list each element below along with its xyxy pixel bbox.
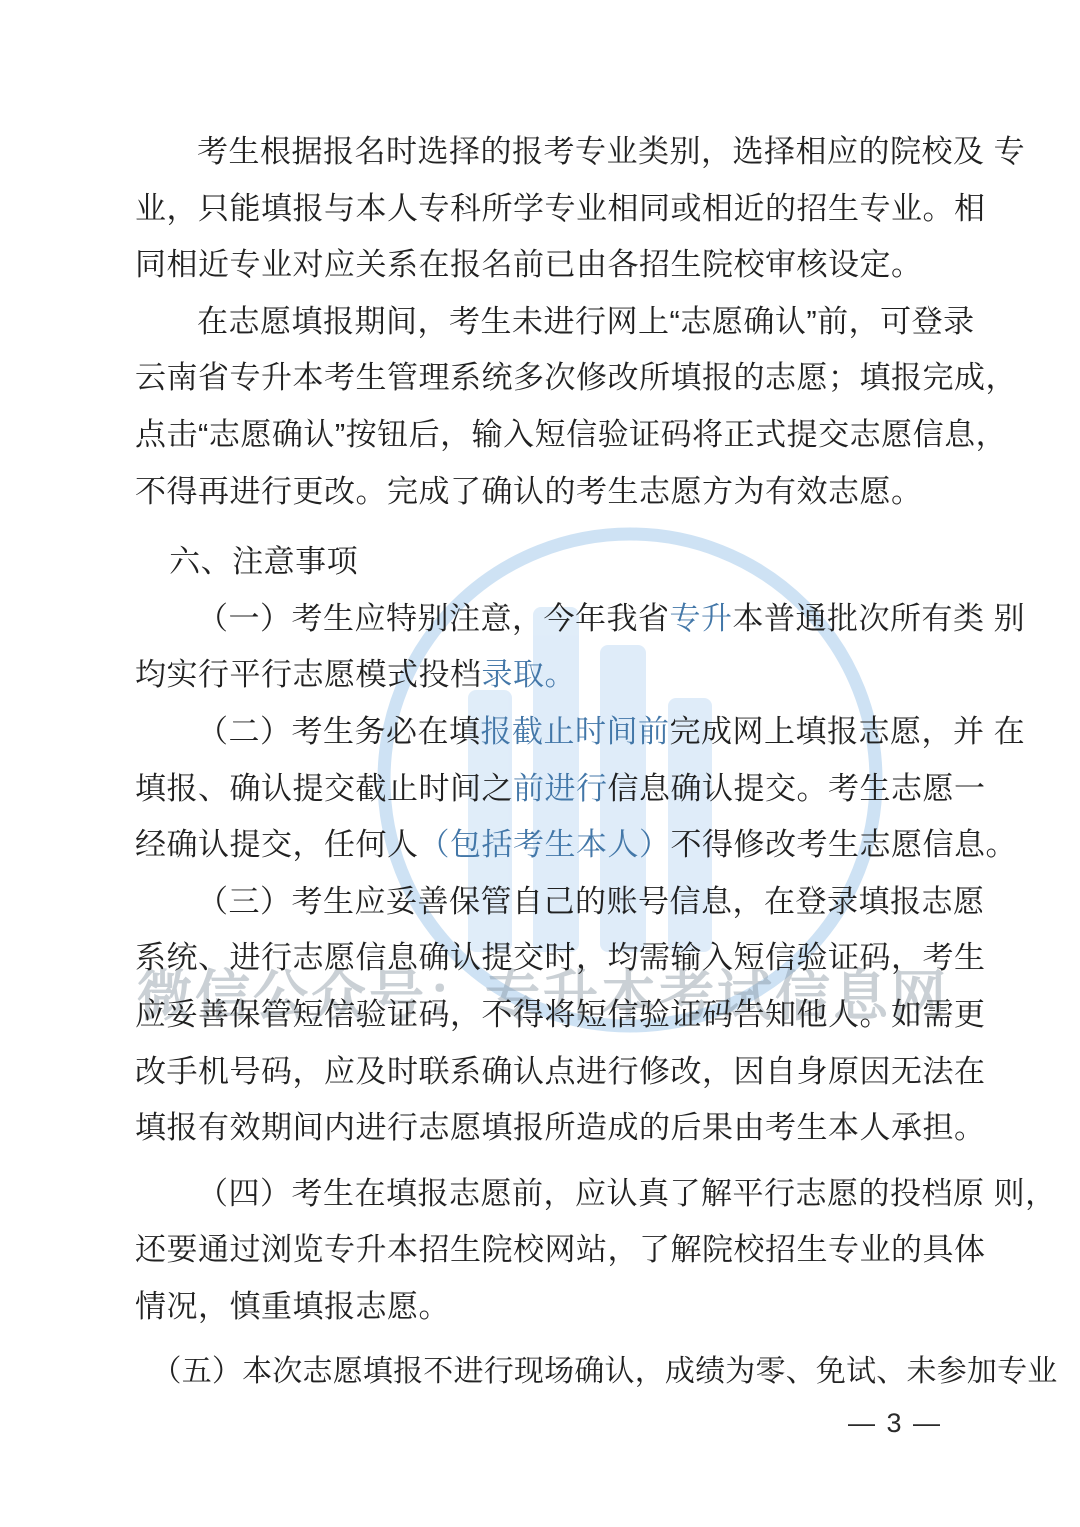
text-run: 情况，慎重填报志愿。 xyxy=(135,1289,450,1324)
section-heading: 六、注意事项 xyxy=(135,534,950,591)
text-run: 填报、确认提交截止时间之 xyxy=(135,771,513,806)
text-run: （五）本次志愿填报不进行现场确认，成绩为零、免试、未参加专业 xyxy=(152,1355,1058,1388)
text-line: 系统、进行志愿信息确认提交时，均需输入短信验证码，考生 xyxy=(135,930,950,987)
item-1: （一）考生应特别注意，今年我省专升本普通批次所有类 别均实行平行志愿模式投档录取… xyxy=(135,591,950,704)
text-line: （二）考生务必在填报截止时间前完成网上填报志愿，并 在 xyxy=(135,704,950,761)
item-4: （四）考生在填报志愿前，应认真了解平行志愿的投档原 则，还要通过浏览专升本招生院… xyxy=(135,1166,950,1336)
text-run: 信息确认提交。考生志愿一 xyxy=(608,771,986,806)
text-line: 考生根据报名时选择的报考专业类别，选择相应的院校及 专 xyxy=(135,124,950,181)
text-run: （二）考生务必在填 xyxy=(197,714,481,749)
text-run: 云南省专升本考生管理系统多次修改所填报的志愿；填报完成， xyxy=(135,360,1017,395)
text-run: 经确认提交，任何人 xyxy=(135,827,419,862)
text-line: 均实行平行志愿模式投档录取。 xyxy=(135,647,950,704)
paragraph-1: 考生根据报名时选择的报考专业类别，选择相应的院校及 专业，只能填报与本人专科所学… xyxy=(135,124,950,294)
text-run: 完成网上填报志愿，并 在 xyxy=(670,714,1026,749)
text-run: （三）考生应妥善保管自己的账号信息，在登录填报志愿 xyxy=(197,884,985,919)
text-line: 云南省专升本考生管理系统多次修改所填报的志愿；填报完成， xyxy=(135,350,950,407)
text-line: 改手机号码，应及时联系确认点进行修改，因自身原因无法在 xyxy=(135,1044,950,1101)
document-body: 考生根据报名时选择的报考专业类别，选择相应的院校及 专业，只能填报与本人专科所学… xyxy=(135,124,950,1401)
highlighted-text-run: 前进行 xyxy=(513,771,608,806)
text-line: 经确认提交，任何人（包括考生本人）不得修改考生志愿信息。 xyxy=(135,817,950,874)
text-line: 六、注意事项 xyxy=(135,534,950,591)
page-number: — 3 — xyxy=(848,1408,942,1439)
text-run: 点击“志愿确认”按钮后，输入短信验证码将正式提交志愿信息， xyxy=(135,417,1007,452)
text-run: 改手机号码，应及时联系确认点进行修改，因自身原因无法在 xyxy=(135,1054,986,1089)
highlighted-text-run: 录取。 xyxy=(482,657,577,692)
text-line: 在志愿填报期间，考生未进行网上“志愿确认”前，可登录 xyxy=(135,294,950,351)
text-line: 填报有效期间内进行志愿填报所造成的后果由考生本人承担。 xyxy=(135,1100,950,1157)
text-line: 不得再进行更改。完成了确认的考生志愿方为有效志愿。 xyxy=(135,464,950,521)
text-run: 同相近专业对应关系在报名前已由各招生院校审核设定。 xyxy=(135,247,923,282)
text-run: （一）考生应特别注意，今年我省 xyxy=(197,601,670,636)
text-run: 考生根据报名时选择的报考专业类别，选择相应的院校及 专 xyxy=(197,134,1025,169)
text-run: 不得修改考生志愿信息。 xyxy=(671,827,1018,862)
text-line: 同相近专业对应关系在报名前已由各招生院校审核设定。 xyxy=(135,237,950,294)
text-line: （三）考生应妥善保管自己的账号信息，在登录填报志愿 xyxy=(135,874,950,931)
text-run: 还要通过浏览专升本招生院校网站，了解院校招生专业的具体 xyxy=(135,1232,986,1267)
text-run: 均实行平行志愿模式投档 xyxy=(135,657,482,692)
text-line: 情况，慎重填报志愿。 xyxy=(135,1279,950,1336)
item-3: （三）考生应妥善保管自己的账号信息，在登录填报志愿系统、进行志愿信息确认提交时，… xyxy=(135,874,950,1157)
text-run: 业，只能填报与本人专科所学专业相同或相近的招生专业。相 xyxy=(135,191,986,226)
paragraph-2: 在志愿填报期间，考生未进行网上“志愿确认”前，可登录云南省专升本考生管理系统多次… xyxy=(135,294,950,520)
highlighted-text-run: 专升 xyxy=(670,601,733,636)
text-line: 应妥善保管短信验证码，不得将短信验证码告知他人。如需更 xyxy=(135,987,950,1044)
text-line: （四）考生在填报志愿前，应认真了解平行志愿的投档原 则， xyxy=(135,1166,950,1223)
text-run: 在志愿填报期间，考生未进行网上“志愿确认”前，可登录 xyxy=(197,304,975,339)
item-2: （二）考生务必在填报截止时间前完成网上填报志愿，并 在填报、确认提交截止时间之前… xyxy=(135,704,950,874)
text-run: 填报有效期间内进行志愿填报所造成的后果由考生本人承担。 xyxy=(135,1110,986,1145)
text-line: 还要通过浏览专升本招生院校网站，了解院校招生专业的具体 xyxy=(135,1222,950,1279)
text-line: 填报、确认提交截止时间之前进行信息确认提交。考生志愿一 xyxy=(135,761,950,818)
text-run: 系统、进行志愿信息确认提交时，均需输入短信验证码，考生 xyxy=(135,940,986,975)
text-run: 六、注意事项 xyxy=(169,544,358,579)
item-5: （五）本次志愿填报不进行现场确认，成绩为零、免试、未参加专业 xyxy=(135,1344,950,1401)
text-run: 本普通批次所有类 别 xyxy=(733,601,1026,636)
text-line: （一）考生应特别注意，今年我省专升本普通批次所有类 别 xyxy=(135,591,950,648)
text-line: 点击“志愿确认”按钮后，输入短信验证码将正式提交志愿信息， xyxy=(135,407,950,464)
highlighted-text-run: 报截止时间前 xyxy=(481,714,670,749)
document-page: 微信公众号：专升本考试信息网 考生根据报名时选择的报考专业类别，选择相应的院校及… xyxy=(0,0,1080,1527)
text-run: 应妥善保管短信验证码，不得将短信验证码告知他人。如需更 xyxy=(135,997,986,1032)
text-run: （四）考生在填报志愿前，应认真了解平行志愿的投档原 则， xyxy=(197,1176,1057,1211)
text-run: 不得再进行更改。完成了确认的考生志愿方为有效志愿。 xyxy=(135,474,923,509)
highlighted-text-run: （包括考生本人） xyxy=(419,827,671,862)
text-line: （五）本次志愿填报不进行现场确认，成绩为零、免试、未参加专业 xyxy=(135,1344,950,1401)
text-line: 业，只能填报与本人专科所学专业相同或相近的招生专业。相 xyxy=(135,181,950,238)
